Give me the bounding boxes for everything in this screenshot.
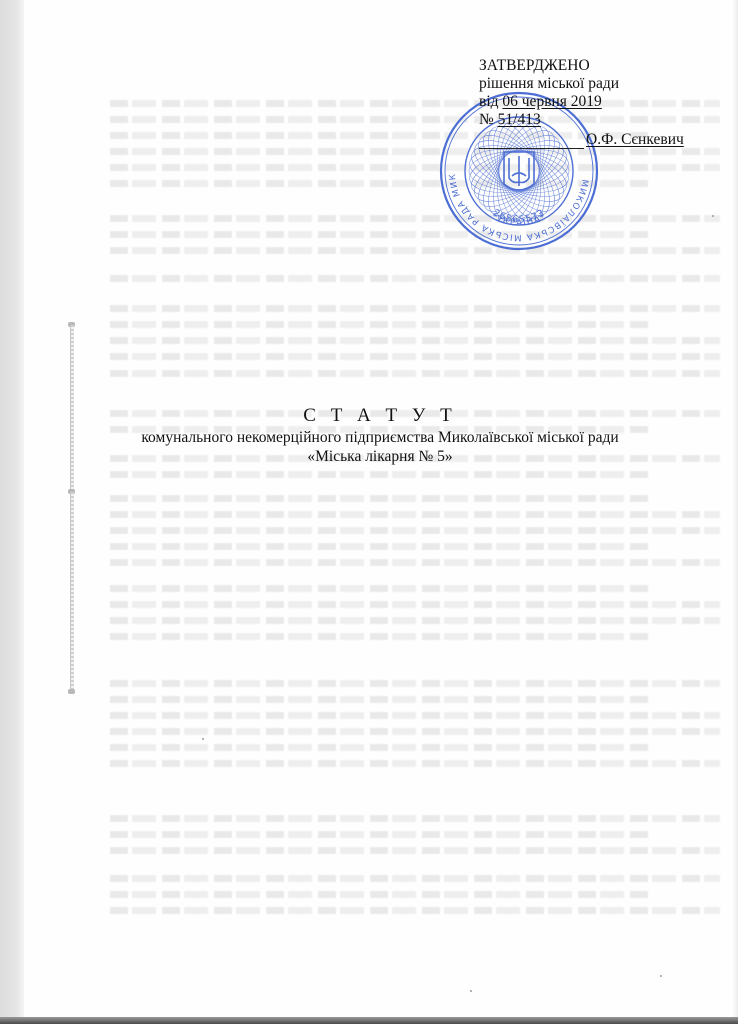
bleed-through-line: [110, 511, 720, 518]
scan-speck: [660, 975, 662, 977]
scan-edge-shadow: [732, 0, 738, 1024]
approval-block: ЗАТВЕРДЖЕНО рішення міської ради від 06 …: [479, 57, 719, 149]
bleed-through-line: [110, 543, 648, 550]
approval-decision-label: рішення міської ради: [479, 75, 719, 93]
bleed-through-line: [110, 585, 648, 592]
signatory-name: О.Ф. Сєнкевич: [586, 131, 684, 149]
document-title: С Т А Т У Т: [0, 405, 738, 427]
bleed-through-line: [110, 633, 648, 640]
bleed-through-line: [110, 353, 720, 360]
bleed-through-line: [110, 744, 648, 751]
scan-speck: [712, 215, 714, 217]
scan-speck: [470, 990, 472, 992]
subtitle-line-name: «Міська лікарня № 5»: [22, 447, 738, 466]
bleed-through-line: [110, 215, 720, 222]
bleed-through-line: [110, 275, 720, 282]
approval-date: 06 червня 2019: [502, 93, 601, 110]
approval-heading: ЗАТВЕРДЖЕНО: [479, 57, 719, 75]
bleed-through-line: [110, 760, 720, 767]
bleed-through-line: [110, 712, 720, 719]
bleed-through-line: [110, 337, 720, 344]
scan-margin-strip: [0, 0, 24, 1024]
bleed-through-line: [110, 728, 720, 735]
approval-number: 51/413: [498, 111, 541, 128]
signature-line: [479, 132, 584, 149]
binding-thread-knot: [68, 689, 75, 694]
bleed-through-line: [110, 321, 648, 328]
bleed-through-line: [110, 601, 720, 608]
bleed-through-line: [110, 875, 720, 882]
bleed-through-line: [110, 370, 720, 377]
bleed-through-line: [110, 247, 720, 254]
signature-row: О.Ф. Сєнкевич: [479, 131, 719, 149]
subtitle-line-organization: комунального некомерційного підприємства…: [22, 428, 738, 447]
document-page: МИКОЛАЇВСЬКА МІСЬКА РАДА МИКОЛАЇВСЬКОЇ О…: [0, 0, 738, 1024]
bleed-through-line: [110, 527, 720, 534]
bleed-through-line: [110, 891, 648, 898]
bleed-through-line: [110, 696, 648, 703]
bleed-through-line: [110, 617, 720, 624]
bleed-through-line: [110, 471, 648, 478]
scan-bottom-strip: [0, 1017, 738, 1024]
bleed-through-line: [110, 815, 720, 822]
bleed-through-line: [110, 305, 720, 312]
bleed-through-line: [110, 831, 648, 838]
bleed-through-line: [110, 559, 720, 566]
approval-date-prefix: від: [479, 93, 499, 110]
approval-number-prefix: №: [479, 111, 494, 128]
approval-date-row: від 06 червня 2019: [479, 93, 719, 111]
scan-speck: [202, 738, 204, 740]
binding-thread: [70, 492, 74, 692]
bleed-through-line: [110, 148, 720, 155]
bleed-through-line: [110, 847, 720, 854]
bleed-through-line: [110, 495, 648, 502]
bleed-through-line: [110, 907, 720, 914]
trident-icon: [504, 152, 534, 190]
bleed-through-line: [110, 164, 720, 171]
bleed-through-line: [110, 680, 720, 687]
approval-number-row: № 51/413: [479, 111, 719, 129]
document-subtitle: комунального некомерційного підприємства…: [0, 428, 738, 466]
